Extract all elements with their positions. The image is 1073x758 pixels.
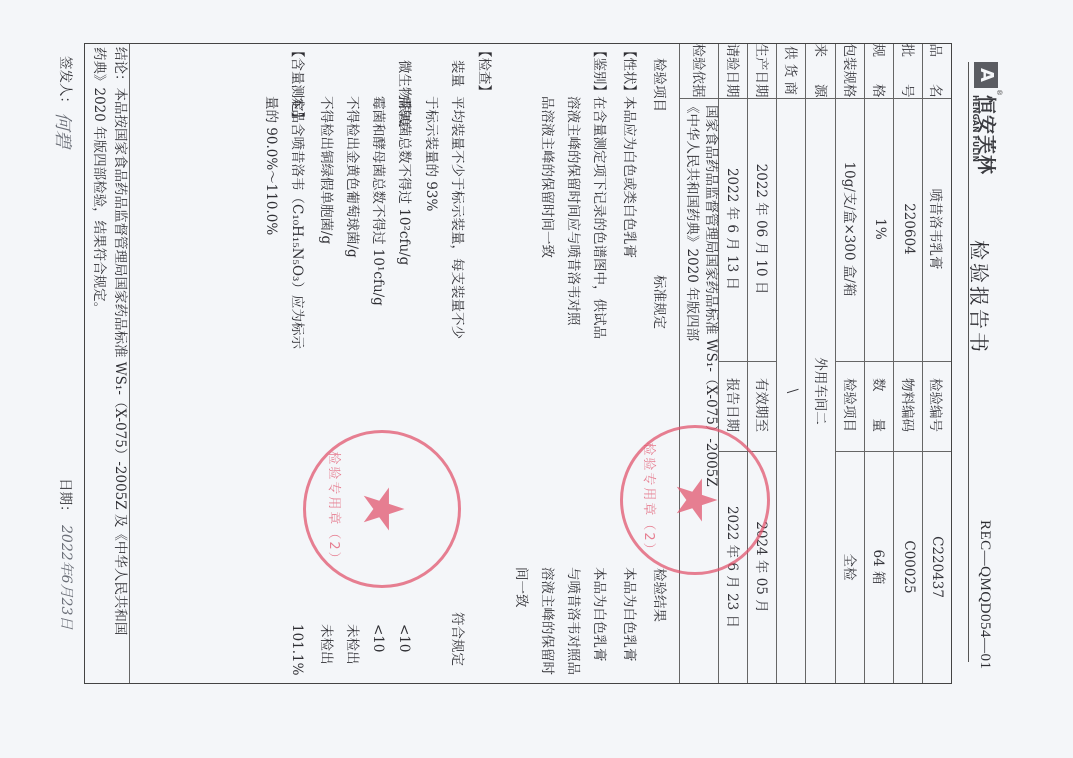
date-handwritten: 2022年6月23日	[57, 525, 77, 629]
micro-result-3: 未检出	[345, 624, 359, 665]
info-label: 生产日期	[749, 43, 778, 98]
info-value: 喷昔洛韦乳膏	[923, 98, 952, 360]
micro-result-2: <10	[371, 624, 385, 653]
identification-standard-line-3: 品溶液主峰的保留时间一致	[540, 96, 554, 258]
signer-label: 签发人：	[58, 56, 72, 110]
info-label: 检验编号	[923, 360, 952, 450]
basis-label: 检验依据	[681, 43, 720, 98]
inspection-stamp-upper: ★ 检验专用章（2）	[620, 425, 770, 575]
section-character-title: 【性状】	[622, 44, 636, 98]
micro-standard-line-4: 不得检出铜绿假单胞菌/g	[319, 96, 333, 244]
fill-result: 符合规定	[450, 612, 464, 666]
row-divider	[679, 44, 680, 683]
conclusion-line-2: 药典》2020 年版四部检验，结果符合规定。	[92, 47, 106, 315]
info-value: 全检	[837, 450, 866, 684]
stamp-text: 检验专用章（2）	[326, 433, 345, 585]
micro-result-4: 未检出	[319, 624, 333, 665]
document-title: 检验报告书	[966, 240, 995, 355]
character-result: 本品为白色乳膏	[622, 567, 636, 662]
info-label: 来 源	[808, 43, 837, 98]
identification-result-line-2: 溶液主峰的保留时	[540, 567, 554, 675]
info-label: 供 货 商	[778, 43, 807, 98]
info-value: 外用车间二	[808, 98, 837, 684]
identification-result-line-3: 间一致	[514, 567, 528, 608]
info-label: 检验项目	[837, 360, 866, 450]
info-value: \	[778, 98, 807, 684]
info-label: 请验日期	[720, 43, 749, 98]
identification-standard-line-2: 溶液主峰的保留时间应与喷昔洛韦对照	[566, 96, 580, 326]
micro-standard-line-1: 需氧菌总数不得过 10²cfu/g	[397, 96, 411, 265]
company-name-en: HENGAN FULIN	[971, 95, 980, 162]
character-standard: 本品应为白色或类白色乳膏	[622, 96, 636, 258]
inspection-report-page: A ® 恒安芙林 HENGAN FULIN 检验报告书 REC—QMQD054—…	[0, 0, 1073, 758]
identification-result-line-1: 与喷昔洛韦对照品	[566, 567, 580, 675]
assay-standard-line-2: 量的 90.0%～110.0%	[264, 96, 278, 235]
identification-standard-line-1: 在含量测定项下记录的色谱图中，供试品	[592, 96, 606, 339]
info-value: 220604	[895, 98, 924, 360]
results-header-standard: 标准规定	[652, 275, 666, 329]
info-label: 批 号	[895, 43, 924, 98]
micro-standard-line-2: 霉菌和酵母菌总数不得过 10¹cfu/g	[371, 96, 385, 306]
fill-label: 装量	[450, 60, 464, 87]
company-logo-icon: A	[974, 62, 998, 88]
info-label: 数 量	[866, 360, 895, 450]
fill-standard-line-1: 平均装量不少于标示装量，每支装量不少	[450, 96, 464, 339]
date-label: 日期：	[58, 478, 72, 519]
section-identification-title: 【鉴别】	[592, 44, 606, 98]
info-label: 品 名	[923, 43, 952, 98]
results-header-item: 检验项目	[652, 58, 666, 112]
signer-signature: 何碧	[51, 112, 77, 148]
fill-standard-line-2: 于标示装量的 93%	[424, 96, 438, 211]
conclusion-line-1: 结论：本品按国家食品药品监督管理局国家药品标准 WS₁-（X-075）-2005…	[113, 47, 127, 635]
micro-standard-line-3: 不得检出金黄色葡萄球菌/g	[345, 96, 359, 258]
star-icon: ★	[667, 475, 723, 525]
assay-standard-line-1: 本品含喷昔洛韦（C₁₀H₁₅N₅O₃）应为标示	[290, 96, 304, 349]
info-value: 64 箱	[866, 450, 895, 684]
identification-result-line-0: 本品为白色乳膏	[592, 567, 606, 662]
section-inspection-title: 【检查】	[477, 44, 491, 98]
info-value: 10g/支/盒×300 盒/箱	[837, 98, 866, 360]
info-label: 规 格	[866, 43, 895, 98]
stamp-text: 检验专用章（2）	[641, 428, 660, 572]
row-divider	[129, 44, 130, 683]
info-value: 2022 年 06 月 10 日	[749, 98, 778, 360]
info-label: 物料编码	[895, 360, 924, 450]
micro-result-1: <10	[397, 624, 411, 653]
inspection-stamp-lower: ★ 检验专用章（2）	[303, 430, 461, 588]
info-value: C00025	[895, 450, 924, 684]
info-value: 2022 年 6 月 13 日	[720, 98, 749, 360]
results-header-result: 检验结果	[652, 568, 666, 622]
assay-result: 101.1%	[290, 624, 304, 675]
star-icon: ★	[354, 484, 410, 534]
info-value: C220437	[923, 450, 952, 684]
info-label: 有效期至	[749, 360, 778, 450]
basis-line-2: 《中华人民共和国药典》2020 年版四部	[685, 100, 699, 341]
info-label: 包装规格	[837, 43, 866, 98]
info-value: 1%	[866, 98, 895, 360]
header-divider	[968, 62, 969, 662]
document-code: REC—QMQD054—01	[976, 520, 993, 670]
